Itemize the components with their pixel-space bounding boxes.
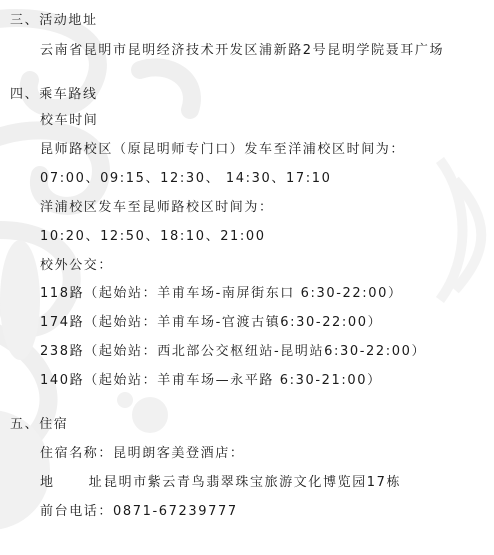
lodging-phone-value: 0871-67239777 [113, 504, 238, 519]
section-heading-venue: 三、活动地址 [10, 13, 98, 29]
lodging-name-value: 昆明朗客美登酒店： [113, 446, 244, 461]
lodging-address-row: 地址：昆明市紫云青鸟翡翠珠宝旅游文化博览园17栋 [40, 475, 401, 491]
shuttle-back-times: 10:20、12:50、18:10、21:00 [40, 229, 266, 245]
shuttle-out-label: 昆师路校区（原昆明师专门口）发车至洋浦校区时间为： [40, 142, 405, 158]
lodging-address-value: 昆明市紫云青鸟翡翠珠宝旅游文化博览园17栋 [104, 475, 401, 490]
shuttle-out-times: 07:00、09:15、12:30、 14:30、17:10 [40, 171, 331, 187]
lodging-address-label-left: 地 [40, 475, 55, 490]
decorative-watermark [0, 0, 494, 555]
bus-route-118: 118路（起始站：羊甫车场-南屏街东口 6:30-22:00） [40, 286, 403, 302]
section-heading-lodging: 五、住宿 [10, 417, 68, 433]
bus-route-140: 140路（起始站：羊甫车场—永平路 6:30-21:00） [40, 373, 382, 389]
lodging-phone-label: 前台电话： [40, 504, 113, 519]
lodging-phone-row: 前台电话：0871-67239777 [40, 504, 238, 520]
lodging-address-label: 地址： [40, 475, 104, 491]
shuttle-back-label: 洋浦校区发车至昆师路校区时间为： [40, 200, 274, 216]
bus-route-174: 174路（起始站：羊甫车场-官渡古镇6:30-22:00） [40, 315, 382, 331]
lodging-name-label: 住宿名称： [40, 446, 113, 461]
shuttle-title: 校车时间 [40, 113, 98, 129]
section-heading-transport: 四、乘车路线 [10, 87, 98, 103]
bus-title: 校外公交： [40, 258, 113, 274]
bus-route-238: 238路（起始站：西北部公交枢纽站-昆明站6:30-22:00） [40, 344, 426, 360]
lodging-name-row: 住宿名称：昆明朗客美登酒店： [40, 446, 244, 462]
venue-address: 云南省昆明市昆明经济技术开发区浦新路2号昆明学院聂耳广场 [40, 43, 444, 59]
